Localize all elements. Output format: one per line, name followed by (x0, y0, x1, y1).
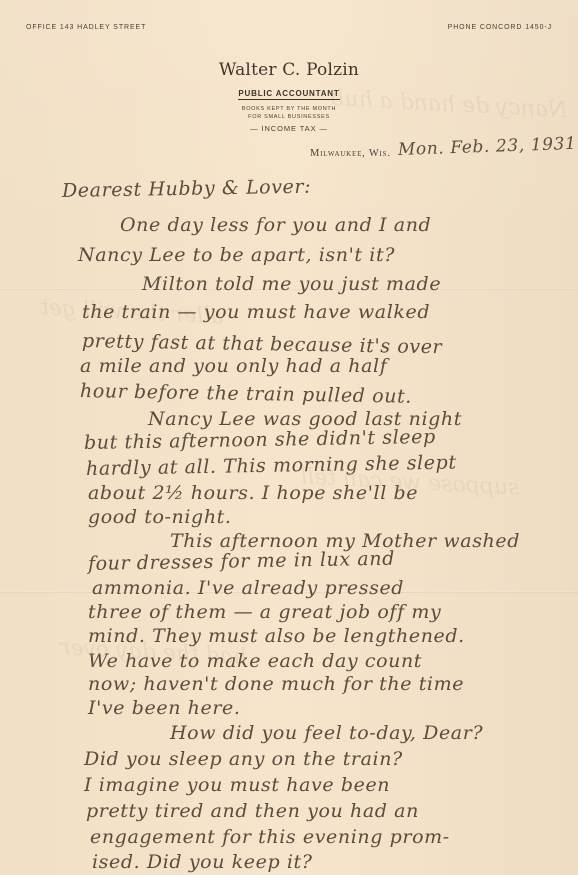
letter-line: One day less for you and I and (120, 214, 431, 236)
letter-line: a mile and you only had a half (80, 355, 387, 377)
letter-line: ammonia. I've already pressed (92, 577, 404, 599)
letter-line: three of them — a great job off my (88, 601, 441, 623)
letter-line: now; haven't done much for the time (88, 673, 464, 695)
letter-line: mind. They must also be lengthened. (88, 625, 465, 647)
income-tax-line: — INCOME TAX — (0, 124, 578, 133)
letter-line: We have to make each day count (88, 650, 422, 672)
letter-line: How did you feel to-day, Dear? (170, 722, 483, 744)
letter-line: I've been here. (88, 697, 241, 719)
office-address: OFFICE 143 HADLEY STREET (26, 24, 146, 31)
letter-line: Milton told me you just made (142, 273, 441, 295)
letter-line: the train — you must have walked (82, 301, 430, 323)
letter-line: ised. Did you keep it? (92, 851, 313, 873)
phone-number: PHONE CONCORD 1450-J (448, 24, 552, 31)
city-state: Milwaukee, Wis. (310, 148, 391, 159)
letter-line: Nancy Lee to be apart, isn't it? (78, 244, 395, 266)
services-line-2: FOR SMALL BUSINESSES (0, 114, 578, 120)
letterhead-name: Walter C. Polzin (0, 60, 578, 80)
letter-line: Did you sleep any on the train? (84, 748, 403, 770)
services-line-1: BOOKS KEPT BY THE MONTH (0, 106, 578, 112)
letter-line: good to-night. (88, 506, 232, 528)
salutation: Dearest Hubby & Lover: (62, 176, 311, 202)
letter-line: I imagine you must have been (84, 774, 390, 796)
letter-line: about 2½ hours. I hope she'll be (88, 482, 418, 504)
letter-line: engagement for this evening prom- (90, 826, 450, 848)
letter-line: pretty tired and then you had an (86, 800, 419, 822)
letterhead-title: PUBLIC ACCOUNTANT (0, 89, 578, 98)
